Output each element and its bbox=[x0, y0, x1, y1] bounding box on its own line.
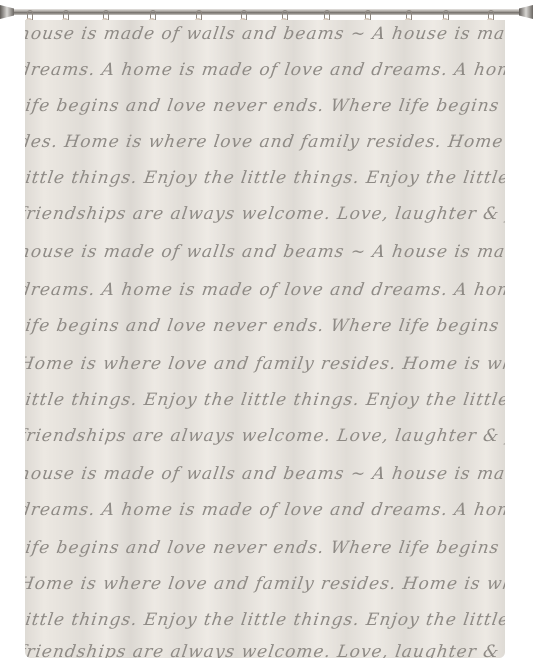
script-line: dreams. A home is made of love and dream… bbox=[25, 60, 505, 80]
shower-curtain: house is made of walls and beams ~ A hou… bbox=[25, 20, 505, 658]
script-line: life begins and love never ends. Where l… bbox=[25, 316, 505, 336]
shower-rod bbox=[0, 8, 533, 16]
script-line: Home is where love and family resides. H… bbox=[25, 354, 505, 374]
script-line: dreams. A home is made of love and dream… bbox=[25, 280, 505, 300]
script-line: little things. Enjoy the little things. … bbox=[25, 610, 505, 630]
script-line: house is made of walls and beams ~ A hou… bbox=[25, 242, 505, 262]
rod-end-left bbox=[0, 5, 14, 19]
script-line: friendships are always welcome. Love, la… bbox=[25, 426, 505, 446]
script-line: house is made of walls and beams ~ A hou… bbox=[25, 464, 505, 484]
script-line: friendships are always welcome. Love, la… bbox=[25, 204, 505, 224]
script-line: little things. Enjoy the little things. … bbox=[25, 168, 505, 188]
rod-end-right bbox=[519, 5, 533, 19]
script-line: des. Home is where love and family resid… bbox=[25, 132, 505, 152]
script-line: house is made of walls and beams ~ A hou… bbox=[25, 24, 505, 44]
script-line: friendships are always welcome. Love, la… bbox=[25, 642, 505, 658]
script-line: life begins and love never ends. Where l… bbox=[25, 538, 505, 558]
script-line: little things. Enjoy the little things. … bbox=[25, 390, 505, 410]
script-line: dreams. A home is made of love and dream… bbox=[25, 500, 505, 520]
script-line: Home is where love and family resides. H… bbox=[25, 574, 505, 594]
script-line: life begins and love never ends. Where l… bbox=[25, 96, 505, 116]
